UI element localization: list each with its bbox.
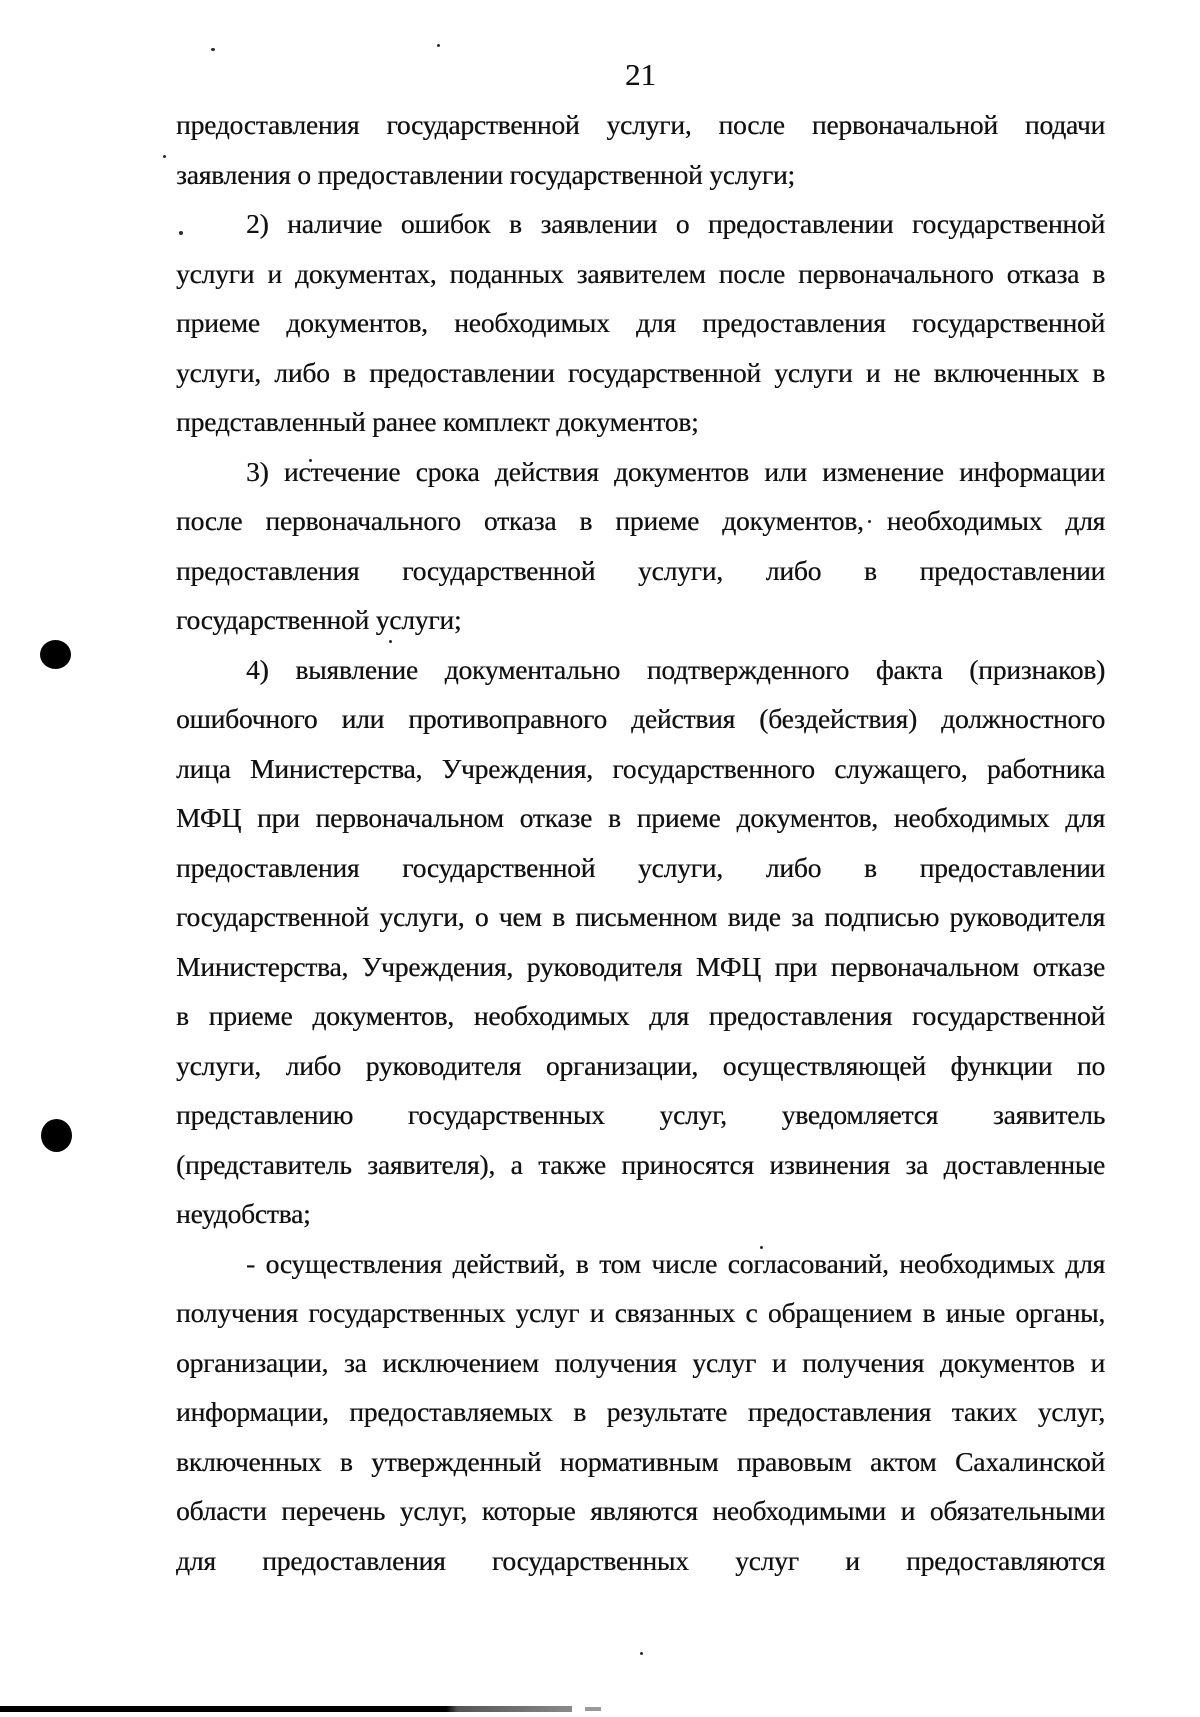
text-line: предоставления государственной услуги, л… (176, 843, 1105, 893)
bottom-edge-scan-artifact (0, 1706, 572, 1712)
scan-speck (179, 231, 183, 235)
scan-speck (868, 520, 871, 523)
text-line: в приеме документов, необходимых для пре… (176, 991, 1105, 1041)
text-line: организации, за исключением получения ус… (176, 1338, 1105, 1388)
scan-speck (760, 1246, 763, 1249)
text-line: 2) наличие ошибок в заявлении о предоста… (176, 199, 1105, 249)
paragraph: 4) выявление документально подтвержденно… (176, 645, 1105, 1239)
text-line: 3) истечение срока действия документов и… (176, 447, 1105, 497)
paragraph: 3) истечение срока действия документов и… (176, 447, 1105, 645)
text-line: - осуществления действий, в том числе со… (176, 1239, 1105, 1289)
text-line: 4) выявление документально подтвержденно… (176, 645, 1105, 695)
bottom-edge-scan-artifact-dash (585, 1707, 601, 1711)
hole-punch-mark-top (40, 640, 71, 669)
paragraph: - осуществления действий, в том числе со… (176, 1239, 1105, 1586)
text-line: услуги, либо руководителя организации, о… (176, 1041, 1105, 1091)
text-line: услуги и документах, поданных заявителем… (176, 249, 1105, 299)
text-line: области перечень услуг, которые являются… (176, 1486, 1105, 1536)
text-line: приеме документов, необходимых для предо… (176, 298, 1105, 348)
text-line: неудобства; (176, 1189, 1105, 1239)
text-line: для предоставления государственных услуг… (176, 1536, 1105, 1586)
text-line: услуги, либо в предоставлении государств… (176, 348, 1105, 398)
scan-speck (163, 155, 166, 158)
text-line: заявления о предоставлении государственн… (176, 150, 1105, 200)
text-line: предоставления государственной услуги, л… (176, 546, 1105, 596)
scan-speck (950, 1320, 953, 1323)
text-line: государственной услуги, о чем в письменн… (176, 892, 1105, 942)
text-line: получения государственных услуг и связан… (176, 1288, 1105, 1338)
scanned-document-page: 21 предоставления государственной услуги… (0, 0, 1200, 1717)
text-line: (представитель заявителя), а также прино… (176, 1140, 1105, 1190)
text-line: информации, предоставляемых в результате… (176, 1387, 1105, 1437)
text-line: МФЦ при первоначальном отказе в приеме д… (176, 793, 1105, 843)
scan-speck (640, 1652, 643, 1655)
document-text-block: предоставления государственной услуги, п… (176, 100, 1105, 1585)
scan-speck (389, 640, 392, 643)
page-number: 21 (176, 58, 1105, 92)
scan-speck (437, 44, 440, 47)
text-line: после первоначального отказа в приеме до… (176, 496, 1105, 546)
hole-punch-mark-bottom (41, 1119, 72, 1152)
text-line: лица Министерства, Учреждения, государст… (176, 744, 1105, 794)
text-line: ошибочного или противоправного действия … (176, 694, 1105, 744)
text-line: предоставления государственной услуги, п… (176, 100, 1105, 150)
scan-speck (309, 459, 312, 462)
text-line: Министерства, Учреждения, руководителя М… (176, 942, 1105, 992)
paragraph: предоставления государственной услуги, п… (176, 100, 1105, 199)
paragraph: 2) наличие ошибок в заявлении о предоста… (176, 199, 1105, 447)
text-line: представленный ранее комплект документов… (176, 397, 1105, 447)
text-line: включенных в утвержденный нормативным пр… (176, 1437, 1105, 1487)
scan-speck (211, 48, 215, 51)
text-line: представлению государственных услуг, уве… (176, 1090, 1105, 1140)
text-line: государственной услуги; (176, 595, 1105, 645)
